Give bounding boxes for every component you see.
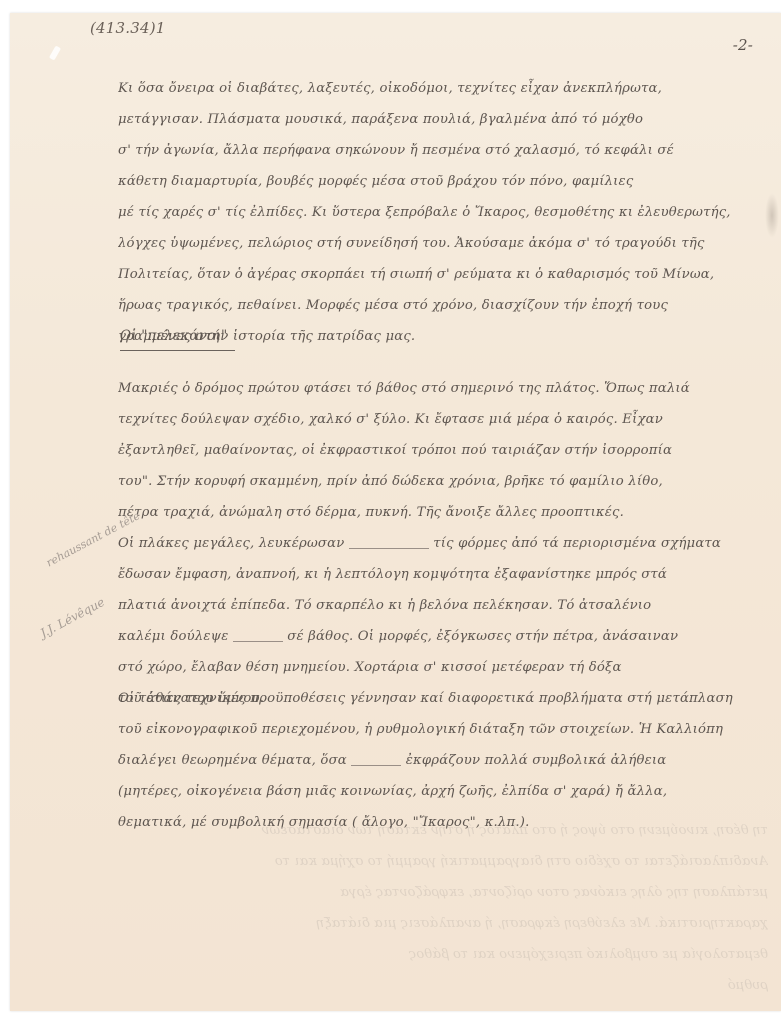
margin-pencil-signature: J.J. Lévêque [38,595,107,641]
text-line: καλέμι δούλεψε σέ βάθος. Οἱ μορφές, ἐξόγ… [118,621,758,652]
text-fragment: (μητέρες, οἰκογένεια βάση μιᾶς κοινωνίας… [118,784,455,799]
bleed-line: Αναδιπλασιάζεται το σχέδιο στη διαγραμμα… [118,846,768,877]
text-line: λόγχες ὑψωμένες, πελώριος στή συνείδησή … [118,228,758,259]
blank-underline [233,631,283,642]
scanned-manuscript-page: (413.34)1 -2- Κι ὅσα ὄνειρα οἱ διαβάτες,… [10,13,781,1011]
text-line: διαλέγει θεωρημένα θέματα, ὅσα ἐκφράζουν… [118,745,758,776]
text-fragment: διαλέγει θεωρημένα θέματα, ὅσα [118,753,347,768]
bleed-line: τη θέση, κινούμενη στο ύψος ή στο πλάτος… [118,815,768,846]
text-fragment: Οἱ πλάκες μεγάλες, λευκέρωσαν [118,536,344,551]
paragraph-1: Κι ὅσα ὄνειρα οἱ διαβάτες, λαξευτές, οἰκ… [118,73,758,352]
text-line: ἥρωας τραγικός, πεθαίνει. Μορφές μέσα στ… [118,290,758,321]
paper-tear-mark [49,45,61,60]
ink-smudge [765,193,779,238]
bleed-line: ρυθμό [118,970,768,1001]
paragraph-2: Μακριές ὁ δρόμος πρώτου φτάσει τό βάθος … [118,373,758,714]
text-line: τοῦ εἰκονογραφικοῦ περιεχομένου, ἡ ρυθμο… [118,714,758,745]
text-fragment: καλέμι δούλεψε [118,629,228,644]
text-fragment: ἐκφράζουν πολλά συμβολικά ἀλήθεια [406,753,667,768]
text-line: Μακριές ὁ δρόμος πρώτου φτάσει τό βάθος … [118,373,758,404]
text-line: πλατιά ἀνοιχτά ἐπίπεδα. Τό σκαρπέλο κι ἡ… [118,590,758,621]
text-line: (μητέρες, οἰκογένεια βάση μιᾶς κοινωνίας… [118,776,758,807]
text-line: πέτρα τραχιά, ἀνώμαλη στό δέρμα, πυκνή. … [118,497,758,528]
text-fragment: τίς φόρμες ἀπό τά περιορισμένα σχήματα [433,536,721,551]
bleed-line: μετάπλαση της όλης εικόνας στον ορίζοντα… [118,877,768,908]
text-line: του". Στήν κορυφή σκαμμένη, πρίν ἀπό δώδ… [118,466,758,497]
archive-reference: (413.34)1 [90,19,166,37]
text-line: τεχνίτες δούλεψαν σχέδιο, χαλκό σ' ξύλο.… [118,404,758,435]
page-number: -2- [733,36,753,54]
text-line: σ' τήν ἀγωνία, ἄλλα περήφανα σηκώνουν ἤ … [118,135,758,166]
text-line: ἐξαντληθεῖ, μαθαίνοντας, οἱ ἐκφραστικοί … [118,435,758,466]
blank-underline [349,538,429,549]
text-fragment: σέ βάθος. Οἱ μορφές, ἐξόγκωσες στήν πέτρ… [287,629,678,644]
section-heading: Οἱ "πελεκάνοι" [120,328,235,351]
text-line: στό χώρο, ἔλαβαν θέση μνημείου. Χορτάρια… [118,652,758,683]
text-line: Πολιτείας, ὅταν ὁ ἀγέρας σκορπάει τή σιω… [118,259,758,290]
bleed-line: χαρακτηριστικά. Με ελεύθερη έκφραση, ή α… [118,908,768,939]
reverse-side-bleed-through: τη θέση, κινούμενη στο ύψος ή στο πλάτος… [118,815,768,1001]
text-line: κάθετη διαμαρτυρία, βουβές μορφές μέσα σ… [118,166,758,197]
text-line: Οἱ πλάκες μεγάλες, λευκέρωσαν τίς φόρμες… [118,528,758,559]
text-line: Οἱ τέτιες τεχνικές προϋποθέσεις γέννησαν… [118,683,758,714]
bleed-line: θεματολογία με συμβολικό περιεχόμενο και… [118,939,768,970]
text-line: Κι ὅσα ὄνειρα οἱ διαβάτες, λαξευτές, οἰκ… [118,73,758,104]
text-line: μετάγγισαν. Πλάσματα μουσικά, παράξενα π… [118,104,758,135]
text-line: μέ τίς χαρές σ' τίς ἐλπίδες. Κι ὕστερα ξ… [118,197,758,228]
blank-underline [351,755,401,766]
text-line: ἔδωσαν ἔμφαση, ἀναπνοή, κι ἡ λεπτόλογη κ… [118,559,758,590]
text-fragment: ζωῆς, ἐλπίδα σ' χαρά) ἤ ἄλλα, [459,784,667,799]
